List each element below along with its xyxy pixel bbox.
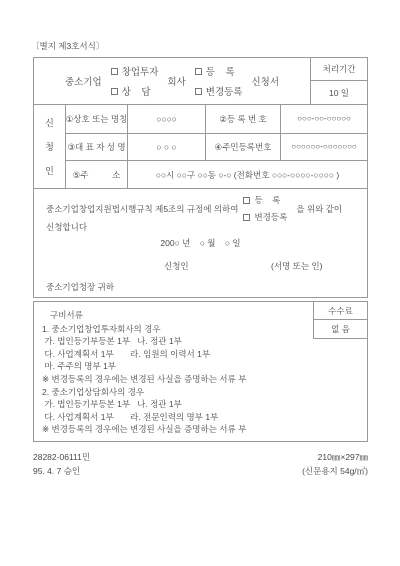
company-type-options: 창업투자 상 담 [111,64,159,98]
fee-table: 수수료 없 음 [313,302,367,339]
address-field[interactable]: ○○시 ○○구 ○○동 ○-○ (전화번호 ○○○-○○○○-○○○○ ) [128,161,367,188]
fee-value: 없 음 [314,320,367,338]
applicant-fields: ①상호 또는 명칭 ○○○○ ②등 록 번 호 ○○○-○○-○○○○○ ③대 … [66,105,367,188]
stmt-change-registration-label: 변경등록 [254,211,287,223]
statement-text-before: 중소기업창업지원법시행규칙 제5조의 규정에 의하여 [46,203,238,215]
consulting-checkbox[interactable] [111,88,118,95]
list-item: 2. 중소기업상담회사의 경우 [42,386,246,399]
option-change-registration: 변경등록 [195,84,243,98]
application-form-table: 중소기업 창업투자 상 담 회사 등 록 [33,57,368,298]
date-line[interactable]: 200○ 년 ○ 월 ○ 일 [34,237,367,249]
company-name-field[interactable]: ○○○○ [128,105,206,133]
table-row: ⑤주 소 ○○시 ○○구 ○○동 ○-○ (전화번호 ○○○-○○○○-○○○○… [66,160,367,188]
applicant-side-label: 신 청 인 [34,105,66,188]
paper-size: 210㎜×297㎜ [318,450,368,464]
list-item: 다. 사업계획서 1부 라. 임원의 이력서 1부 [42,348,246,361]
list-item: 1. 중소기업창업투자회사의 경우 [42,323,246,336]
form-title-cell: 중소기업 창업투자 상 담 회사 등 록 [34,58,311,104]
applicant-signature-label: 신청인 [164,260,189,272]
form-footer: 28282-06111민 210㎜×297㎜ 95. 4. 7 승인 (신문용지… [33,450,368,478]
list-item: 가. 법인등기부등본 1부 나. 정관 1부 [42,335,246,348]
address-label: ⑤주 소 [66,161,128,188]
title-company: 회사 [167,74,185,88]
list-item: ※ 변경등록의 경우에는 변경된 사실을 증명하는 서류 부 [42,423,246,436]
registration-number-field[interactable]: ○○○-○○-○○○○○ [281,105,367,133]
stmt-registration-checkbox[interactable] [243,197,250,204]
list-item: ※ 변경등록의 경우에는 변경된 사실을 증명하는 서류 부 [42,373,246,386]
side-char-1: 신 [45,116,54,129]
documents-list: 구비서류 1. 중소기업창업투자회사의 경우 가. 법인등기부등본 1부 나. … [42,309,246,436]
form-page: 〔별지 제3호서식〕 중소기업 창업투자 상 담 회사 [0,0,400,566]
required-documents-box: 수수료 없 음 구비서류 1. 중소기업창업투자회사의 경우 가. 법인등기부등… [33,301,368,442]
statement-line2: 신청합니다 [46,221,87,233]
processing-period-column: 처리기간 10 일 [311,58,367,104]
registration-number-label: ②등 록 번 호 [206,105,281,133]
title-org: 중소기업 [65,74,102,88]
stmt-registration-label: 등 록 [254,194,280,206]
form-title-row: 중소기업 창업투자 상 담 회사 등 록 [34,58,367,104]
fee-label: 수수료 [314,302,367,320]
stmt-change-registration-checkbox[interactable] [243,214,250,221]
resident-number-field[interactable]: ○○○○○○-○○○○○○○ [281,134,367,161]
option-registration: 등 록 [195,64,243,78]
representative-name-field[interactable]: ○ ○ ○ [128,134,206,161]
paper-spec: (신문용지 54g/㎡) [302,464,368,478]
company-name-label: ①상호 또는 명칭 [66,105,128,133]
side-char-3: 인 [45,164,54,177]
registration-checkbox[interactable] [195,68,202,75]
applicant-section: 신 청 인 ①상호 또는 명칭 ○○○○ ②등 록 번 호 ○○○-○○-○○○… [34,104,367,188]
statement-line1: 중소기업창업지원법시행규칙 제5조의 규정에 의하여 등 록 변경등록 을 위와… [46,194,342,223]
list-item: 마. 주주의 명부 1부 [42,360,246,373]
footer-line-1: 28282-06111민 210㎜×297㎜ [33,450,368,464]
registration-label: 등 록 [206,64,235,78]
approval-date: 95. 4. 7 승인 [33,464,80,478]
change-registration-label: 변경등록 [206,84,243,98]
list-item: 가. 법인등기부등본 1부 나. 정관 1부 [42,398,246,411]
table-row: ③대 표 자 성 명 ○ ○ ○ ④주민등록번호 ○○○○○○-○○○○○○○ [66,133,367,161]
stmt-option-registration: 등 록 [243,194,287,206]
startup-investment-label: 창업투자 [122,64,159,78]
footer-line-2: 95. 4. 7 승인 (신문용지 54g/㎡) [33,464,368,478]
statement-reg-options: 등 록 변경등록 [243,194,287,223]
statement-text-after: 을 위와 같이 [296,203,342,215]
resident-number-label: ④주민등록번호 [206,134,281,161]
table-row: ①상호 또는 명칭 ○○○○ ②등 록 번 호 ○○○-○○-○○○○○ [66,105,367,133]
list-item: 다. 사업계획서 1부 라. 전문인력의 명부 1부 [42,411,246,424]
registration-type-options: 등 록 변경등록 [195,64,243,98]
option-consulting: 상 담 [111,84,159,98]
consulting-label: 상 담 [122,84,151,98]
representative-name-label: ③대 표 자 성 명 [66,134,128,161]
recipient-line: 중소기업청장 귀하 [46,281,114,293]
signature-note: (서명 또는 인) [271,260,322,272]
processing-period-value: 10 일 [311,81,367,104]
documents-title: 구비서류 [42,309,246,322]
statement-section: 중소기업창업지원법시행규칙 제5조의 규정에 의하여 등 록 변경등록 을 위와… [34,188,367,297]
processing-period-label: 처리기간 [311,58,367,81]
startup-investment-checkbox[interactable] [111,68,118,75]
stmt-option-change-registration: 변경등록 [243,211,287,223]
change-registration-checkbox[interactable] [195,88,202,95]
side-char-2: 청 [45,140,54,153]
form-note: 〔별지 제3호서식〕 [31,40,104,52]
title-suffix: 신청서 [251,74,279,88]
option-startup-investment: 창업투자 [111,64,159,78]
form-code: 28282-06111민 [33,450,90,464]
